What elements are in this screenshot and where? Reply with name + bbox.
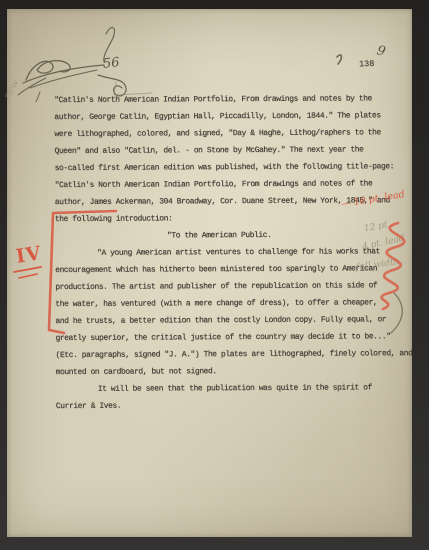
typed-line: It will be seen that the publication was… xyxy=(56,379,412,398)
typed-line: "Catlin's North American Indian Portfoli… xyxy=(54,90,410,109)
typed-line: "Catlin's North American Indian Portfoli… xyxy=(55,175,411,194)
typed-line: author, George Catlin, Egyptian Hall, Pi… xyxy=(54,107,410,126)
typed-line: mounted on cardboard, but not signed. xyxy=(56,362,412,381)
typed-line: productions. The artist and publisher of… xyxy=(55,277,411,296)
typed-line: (Etc. paragraphs, signed "J. A.") The pl… xyxy=(55,345,411,364)
pencil-number-annotation: 56 xyxy=(102,55,120,72)
typed-line: the water, has ventured (with a mere cha… xyxy=(55,294,411,313)
typed-line: Currier & Ives. xyxy=(56,396,412,415)
typed-line: so-called first American edition was pub… xyxy=(55,158,411,177)
typed-line: and he trusts, a better edition than the… xyxy=(55,311,411,330)
paper-sheet: 138 "Catlin's North American Indian Port… xyxy=(7,9,412,537)
red-section-numeral: IV xyxy=(14,242,43,268)
typed-line: "A young American artist ventures to cha… xyxy=(55,243,411,262)
typed-line: the following introduction: xyxy=(55,209,411,228)
address-heading: "To the American Public. xyxy=(55,226,411,245)
page-number-typed: 138 xyxy=(359,59,375,70)
typed-line: greatly superior, the critical justice o… xyxy=(55,328,411,347)
scanned-document-page: { "page": { "page_number_typed": "138", … xyxy=(0,0,429,550)
typed-text-block: "Catlin's North American Indian Portfoli… xyxy=(54,90,412,415)
typed-line: Queen" and also "Catlin, del. - on Stone… xyxy=(54,141,410,160)
typed-line: were lithographed, colored, and signed, … xyxy=(54,124,410,143)
